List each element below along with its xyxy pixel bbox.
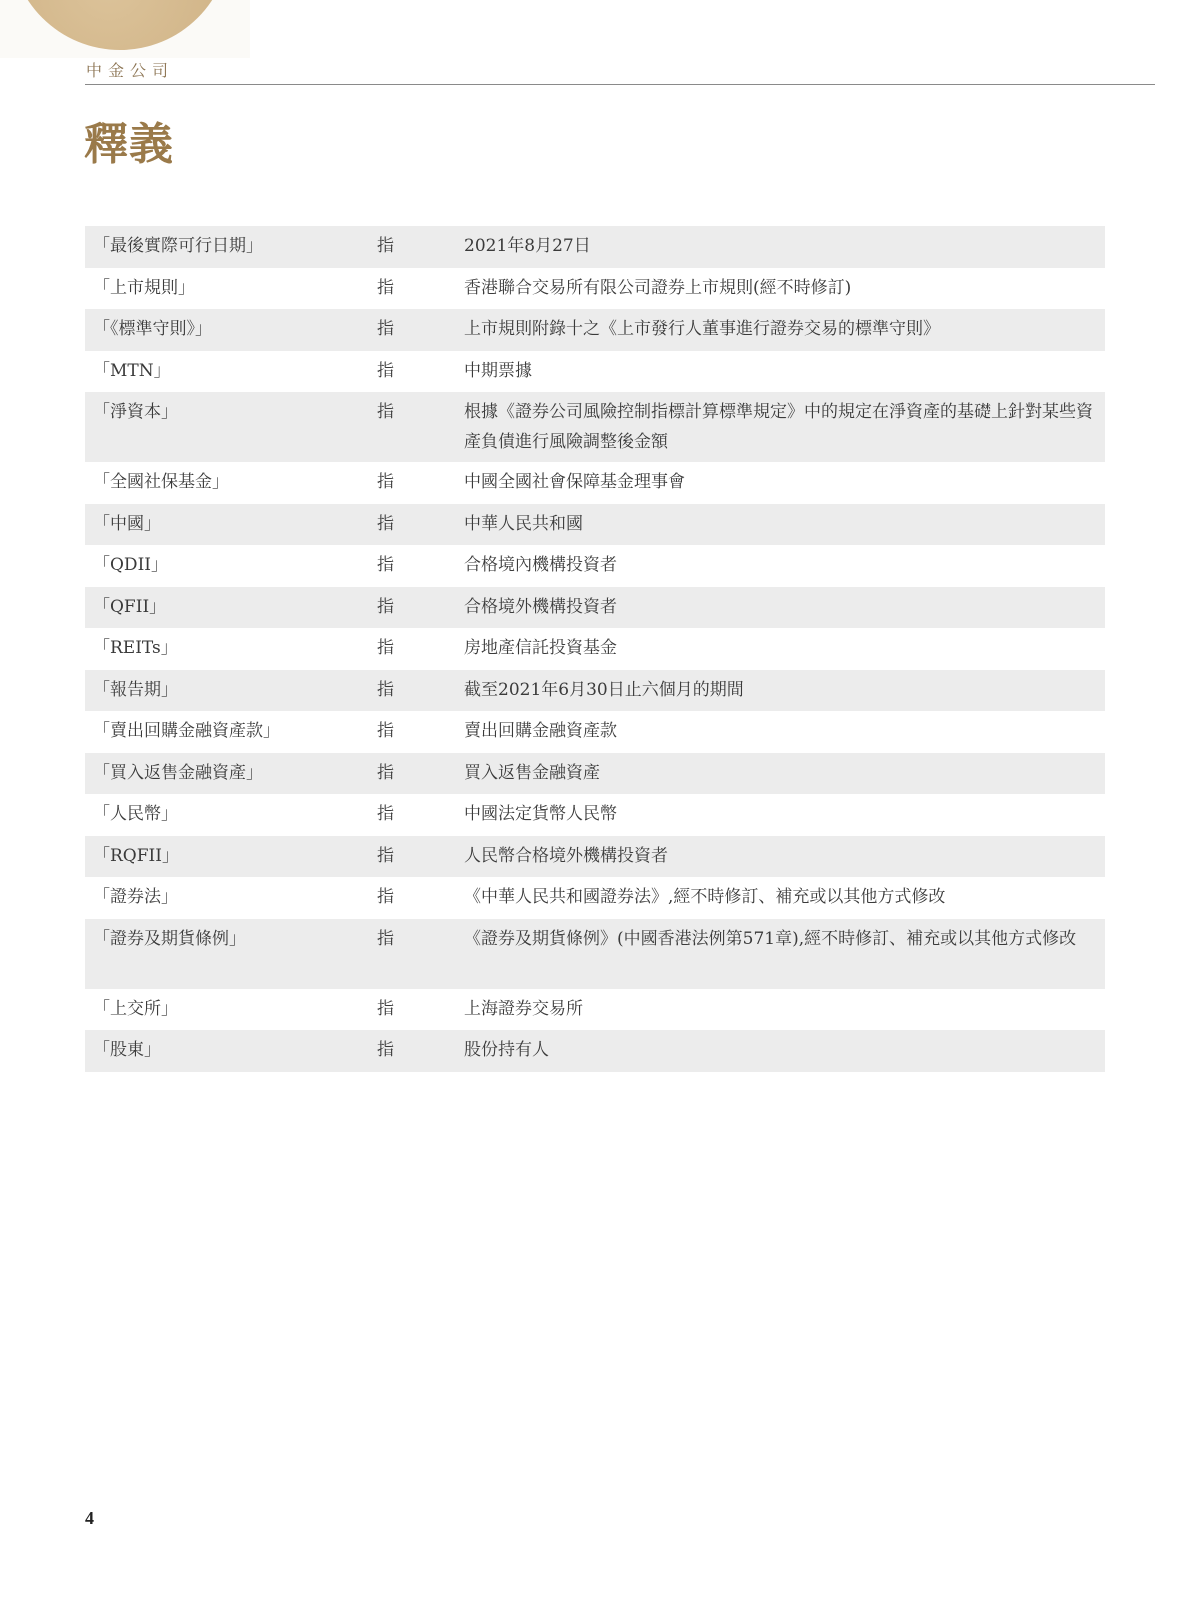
- table-row: 「MTN」 指 中期票據: [85, 351, 1105, 393]
- means-label: 指: [377, 596, 464, 618]
- definition: 中華人民共和國: [464, 509, 1105, 539]
- table-row: 「淨資本」 指 根據《證券公司風險控制指標計算標準規定》中的規定在淨資產的基礎上…: [85, 392, 1105, 462]
- means-label: 指: [377, 886, 464, 908]
- means-label: 指: [377, 401, 464, 423]
- definition: 上市規則附錄十之《上市發行人董事進行證券交易的標準守則》: [464, 314, 1105, 344]
- definition: 截至2021年6月30日止六個月的期間: [464, 675, 1105, 705]
- table-row: 「QFII」 指 合格境外機構投資者: [85, 587, 1105, 629]
- definition: 上海證券交易所: [464, 994, 1105, 1024]
- table-row: 「中國」 指 中華人民共和國: [85, 504, 1105, 546]
- table-row: 「RQFII」 指 人民幣合格境外機構投資者: [85, 836, 1105, 878]
- means-label: 指: [377, 513, 464, 535]
- term: 「全國社保基金」: [85, 471, 377, 493]
- term: 「上市規則」: [85, 277, 377, 299]
- table-row: 「賣出回購金融資產款」 指 賣出回購金融資產款: [85, 711, 1105, 753]
- definition: 中國全國社會保障基金理事會: [464, 467, 1105, 497]
- table-row: 「上市規則」 指 香港聯合交易所有限公司證券上市規則(經不時修訂): [85, 268, 1105, 310]
- term: 「股東」: [85, 1039, 377, 1061]
- means-label: 指: [377, 845, 464, 867]
- term: 「賣出回購金融資產款」: [85, 720, 377, 742]
- definition: 《中華人民共和國證券法》,經不時修訂、補充或以其他方式修改: [464, 882, 1105, 912]
- definition: 香港聯合交易所有限公司證券上市規則(經不時修訂): [464, 273, 1105, 303]
- table-row: 「人民幣」 指 中國法定貨幣人民幣: [85, 794, 1105, 836]
- term: 「買入返售金融資產」: [85, 762, 377, 784]
- means-label: 指: [377, 318, 464, 340]
- definition: 賣出回購金融資產款: [464, 716, 1105, 746]
- table-row: 「REITs」 指 房地產信託投資基金: [85, 628, 1105, 670]
- page-number: 4: [85, 1508, 94, 1529]
- means-label: 指: [377, 762, 464, 784]
- term: 「淨資本」: [85, 401, 377, 423]
- table-row: 「上交所」 指 上海證券交易所: [85, 989, 1105, 1031]
- means-label: 指: [377, 720, 464, 742]
- table-row: 「股東」 指 股份持有人: [85, 1030, 1105, 1072]
- definition: 《證券及期貨條例》(中國香港法例第571章),經不時修訂、補充或以其他方式修改: [464, 924, 1105, 954]
- means-label: 指: [377, 679, 464, 701]
- definition: 中期票據: [464, 356, 1105, 386]
- term: 「人民幣」: [85, 803, 377, 825]
- term: 「QFII」: [85, 596, 377, 618]
- means-label: 指: [377, 637, 464, 659]
- term: 「證券法」: [85, 886, 377, 908]
- term: 「上交所」: [85, 998, 377, 1020]
- means-label: 指: [377, 803, 464, 825]
- means-label: 指: [377, 928, 464, 950]
- term: 「QDII」: [85, 554, 377, 576]
- term: 「中國」: [85, 513, 377, 535]
- term: 「《標準守則》」: [85, 318, 377, 340]
- means-label: 指: [377, 471, 464, 493]
- page-title: 釋義: [84, 108, 174, 172]
- table-row: 「證券及期貨條例」 指 《證券及期貨條例》(中國香港法例第571章),經不時修訂…: [85, 919, 1105, 989]
- definition: 2021年8月27日: [464, 231, 1105, 261]
- term: 「RQFII」: [85, 845, 377, 867]
- definition: 股份持有人: [464, 1035, 1105, 1065]
- term: 「MTN」: [85, 360, 377, 382]
- means-label: 指: [377, 998, 464, 1020]
- table-row: 「《標準守則》」 指 上市規則附錄十之《上市發行人董事進行證券交易的標準守則》: [85, 309, 1105, 351]
- table-row: 「買入返售金融資產」 指 買入返售金融資產: [85, 753, 1105, 795]
- table-row: 「報告期」 指 截至2021年6月30日止六個月的期間: [85, 670, 1105, 712]
- table-row: 「最後實際可行日期」 指 2021年8月27日: [85, 226, 1105, 268]
- term: 「報告期」: [85, 679, 377, 701]
- definition: 房地產信託投資基金: [464, 633, 1105, 663]
- means-label: 指: [377, 1039, 464, 1061]
- definition: 人民幣合格境外機構投資者: [464, 841, 1105, 871]
- term: 「REITs」: [85, 637, 377, 659]
- header-divider: [85, 84, 1155, 85]
- term: 「最後實際可行日期」: [85, 235, 377, 257]
- definition: 中國法定貨幣人民幣: [464, 799, 1105, 829]
- definition: 根據《證券公司風險控制指標計算標準規定》中的規定在淨資產的基礎上針對某些資產負債…: [464, 397, 1105, 457]
- means-label: 指: [377, 360, 464, 382]
- table-row: 「QDII」 指 合格境內機構投資者: [85, 545, 1105, 587]
- definition: 買入返售金融資產: [464, 758, 1105, 788]
- company-name: 中金公司: [86, 58, 174, 81]
- means-label: 指: [377, 277, 464, 299]
- table-row: 「全國社保基金」 指 中國全國社會保障基金理事會: [85, 462, 1105, 504]
- means-label: 指: [377, 235, 464, 257]
- table-row: 「證券法」 指 《中華人民共和國證券法》,經不時修訂、補充或以其他方式修改: [85, 877, 1105, 919]
- term: 「證券及期貨條例」: [85, 928, 377, 950]
- definition: 合格境內機構投資者: [464, 550, 1105, 580]
- definitions-table: 「最後實際可行日期」 指 2021年8月27日 「上市規則」 指 香港聯合交易所…: [85, 226, 1105, 1072]
- definition: 合格境外機構投資者: [464, 592, 1105, 622]
- means-label: 指: [377, 554, 464, 576]
